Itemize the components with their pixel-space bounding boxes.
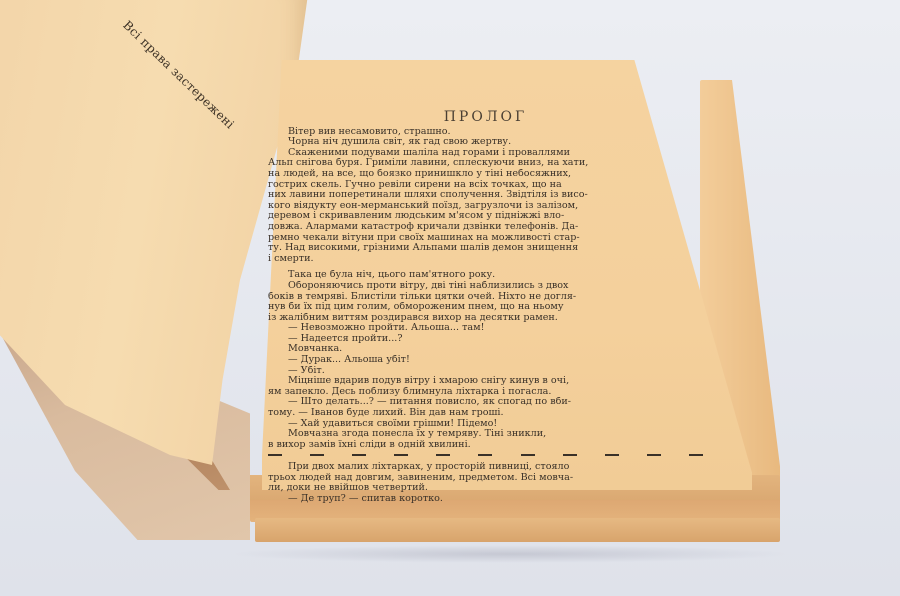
- text-line: тому. — Іванов буде лихий. Він дав нам г…: [268, 408, 703, 419]
- separator-dash: [521, 454, 535, 456]
- text-line: в вихор замів їхні сліди в одній хвилині…: [268, 440, 703, 451]
- text-line: Альп снігова буря. Гриміли лавини, сплес…: [268, 158, 703, 169]
- separator-dash: [394, 454, 408, 456]
- text-line: Така це була ніч, цього пам'ятного року.: [268, 270, 703, 281]
- text-line: деревом і скривавленим людським м'ясом у…: [268, 211, 703, 222]
- separator-dash: [310, 454, 324, 456]
- text-line: Скаженими подувами шаліла над горами і п…: [268, 148, 703, 159]
- separator-dash: [689, 454, 703, 456]
- book-shadow: [230, 545, 790, 563]
- text-line: — Што делать...? — питання повисло, як с…: [268, 397, 703, 408]
- text-line: ремно чекали вітуни при своїх машинах на…: [268, 233, 703, 244]
- text-line: кого віядукту еон-мерманський поїзд, заг…: [268, 201, 703, 212]
- section-separator: [268, 450, 703, 462]
- text-line: боків в темряві. Блистіли тільки цятки о…: [268, 292, 703, 303]
- page-block-edge: [255, 518, 780, 542]
- text-line: — Хай удавиться своїми грішми! Підемо!: [268, 419, 703, 430]
- photo-scene: Всі права застережені ПРОЛОГ Вітер вив н…: [0, 0, 900, 596]
- separator-dash: [478, 454, 492, 456]
- text-line: трьох людей над довгим, завиненим, предм…: [268, 473, 703, 484]
- text-line: При двох малих ліхтарках, у просторій пи…: [268, 462, 703, 473]
- text-line: Чорна ніч душила світ, як гад свою жертв…: [268, 137, 703, 148]
- paragraph-lines: Вітер вив несамовито, страшно.Чорна ніч …: [268, 127, 703, 451]
- text-line: нув би їх під цим голим, обмороженим пне…: [268, 302, 703, 313]
- page-text: ПРОЛОГ Вітер вив несамовито, страшно.Чор…: [268, 112, 703, 504]
- text-line: Вітер вив несамовито, страшно.: [268, 127, 703, 138]
- separator-dash: [563, 454, 577, 456]
- separator-dash: [352, 454, 366, 456]
- text-line: Мовчазна згода понесла їх у темряву. Тін…: [268, 429, 703, 440]
- text-line: Обороняючись проти вітру, дві тіні набли…: [268, 281, 703, 292]
- separator-dash: [436, 454, 450, 456]
- text-line: ту. Над високими, грізними Альпами шалів…: [268, 243, 703, 254]
- text-line: гострих скель. Гучно ревіли сирени на вс…: [268, 180, 703, 191]
- paragraph-lines-after: При двох малих ліхтарках, у просторій пи…: [268, 462, 703, 504]
- text-line: — Надеется пройти...?: [268, 334, 703, 345]
- text-line: — Дурак... Альоша убіт!: [268, 355, 703, 366]
- text-line: ли, доки не ввійшов четвертий.: [268, 483, 703, 494]
- text-line: ям запекло. Десь поблизу блимнула ліхтар…: [268, 387, 703, 398]
- text-line: Мовчанка.: [268, 344, 703, 355]
- text-line: довжа. Алармами катастроф кричали дзвінк…: [268, 222, 703, 233]
- separator-dash: [268, 454, 282, 456]
- chapter-title: ПРОЛОГ: [268, 112, 703, 123]
- text-line: — Убіт.: [268, 366, 703, 377]
- text-line: — Невозможно пройти. Альоша... там!: [268, 323, 703, 334]
- text-line: і смерти.: [268, 254, 703, 265]
- separator-dash: [605, 454, 619, 456]
- text-line: — Де труп? — спитав коротко.: [268, 494, 703, 505]
- text-line: на людей, на все, що боязко принишкло у …: [268, 169, 703, 180]
- text-line: них лавини поперетинали шляхи сполучення…: [268, 190, 703, 201]
- text-line: із жалібним виттям роздирався вихор на д…: [268, 313, 703, 324]
- text-line: Міцніше вдарив подув вітру і хмарою сніг…: [268, 376, 703, 387]
- separator-dash: [647, 454, 661, 456]
